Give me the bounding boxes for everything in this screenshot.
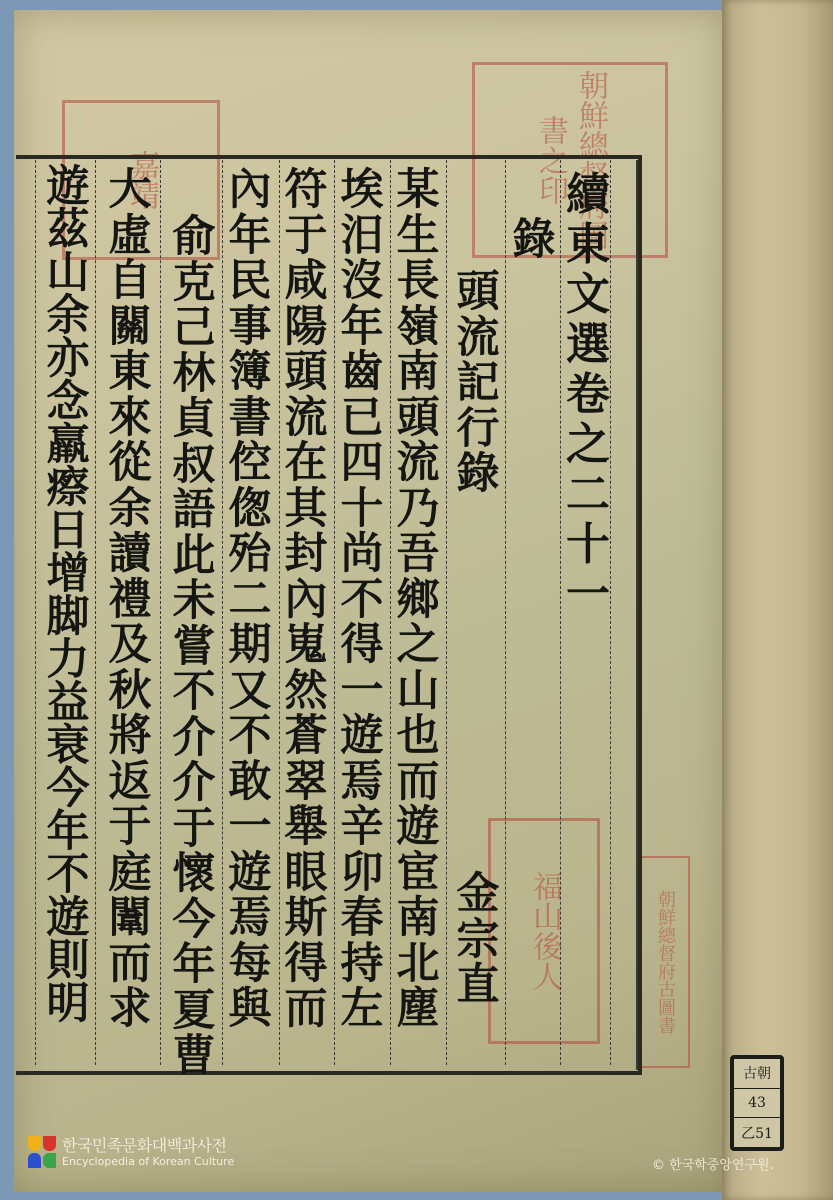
copyright-notice: © 한국학중앙연구원. (652, 1154, 774, 1173)
glyph: 于 (285, 214, 328, 260)
glyph: 得 (285, 942, 328, 988)
glyph: 益 (47, 682, 90, 725)
glyph: 與 (229, 987, 272, 1033)
glyph: 今 (173, 898, 216, 944)
glyph: 從 (109, 441, 152, 487)
text-column-2: 埃汨沒年齒已四十尚不得一遊焉辛卯春持左 (336, 168, 388, 1033)
glyph: 茲 (47, 209, 90, 252)
glyph: 而 (397, 760, 440, 806)
glyph: 流 (457, 316, 500, 362)
glyph: 行 (457, 407, 500, 453)
glyph: 左 (341, 987, 384, 1033)
stamp-line: 43 (734, 1089, 780, 1119)
text-column-6: 大虛自關東來從余讀禮及秋將返于庭闈而求 (104, 168, 156, 1033)
shelf-mark-stamp: 古朝 43 乙51 (730, 1055, 784, 1151)
glyph: 生 (397, 214, 440, 260)
glyph: 北 (397, 942, 440, 988)
glyph: 增 (47, 553, 90, 596)
glyph: 記 (457, 361, 500, 407)
glyph: 不 (173, 670, 216, 716)
glyph: 年 (173, 943, 216, 989)
glyph: 于 (173, 807, 216, 853)
glyph: 脚 (47, 596, 90, 639)
glyph: 選 (566, 320, 610, 370)
glyph: 錄 (457, 452, 500, 498)
glyph: 林 (173, 352, 216, 398)
glyph: 一 (566, 570, 610, 620)
glyph: 持 (341, 942, 384, 988)
glyph: 秋 (109, 669, 152, 715)
glyph: 未 (173, 579, 216, 625)
glyph: 叔 (173, 443, 216, 489)
glyph: 嶺 (397, 305, 440, 351)
stamp-line: 古朝 (734, 1059, 780, 1089)
glyph: 語 (173, 488, 216, 534)
glyph: 得 (341, 623, 384, 669)
column-rule (505, 160, 506, 1065)
glyph: 舉 (285, 805, 328, 851)
glyph: 齒 (341, 350, 384, 396)
glyph: 符 (285, 168, 328, 214)
glyph: 汨 (341, 214, 384, 260)
glyph: 金 (457, 872, 500, 918)
glyph: 大 (109, 168, 152, 214)
glyph: 流 (285, 396, 328, 442)
glyph: 關 (109, 305, 152, 351)
column-rule (222, 160, 223, 1065)
glyph: 今 (47, 768, 90, 811)
glyph: 力 (47, 639, 90, 682)
glyph: 頭 (285, 350, 328, 396)
glyph: 倥 (229, 441, 272, 487)
glyph: 偬 (229, 487, 272, 533)
glyph: 卷 (566, 370, 610, 420)
glyph: 貞 (173, 397, 216, 443)
glyph: 辛 (341, 805, 384, 851)
glyph: 俞 (173, 215, 216, 261)
glyph: 期 (229, 623, 272, 669)
column-rule (446, 160, 447, 1065)
encyclopedia-logo-icon (28, 1136, 56, 1168)
glyph: 夏 (173, 989, 216, 1035)
author-name: 金宗直 (452, 872, 504, 1009)
glyph: 己 (173, 306, 216, 352)
logo-english-text: Encyclopedia of Korean Culture (62, 1155, 234, 1168)
glyph: 埃 (341, 168, 384, 214)
glyph: 山 (47, 252, 90, 295)
glyph: 尚 (341, 532, 384, 578)
glyph: 卯 (341, 851, 384, 897)
glyph: 南 (397, 896, 440, 942)
glyph: 年 (341, 305, 384, 351)
glyph: 某 (397, 168, 440, 214)
volume-title: 續東文選卷之二十一 (562, 170, 614, 620)
column-rule (160, 160, 161, 1065)
text-column-1: 某生長嶺南頭流乃吾鄉之山也而遊宦南北塵 (392, 168, 444, 1033)
glyph: 春 (341, 896, 384, 942)
glyph: 于 (109, 805, 152, 851)
text-column-4: 內年民事簿書倥偬殆二期又不敢一遊焉每與 (224, 168, 276, 1033)
glyph: 庭 (109, 851, 152, 897)
glyph: 年 (229, 214, 272, 260)
glyph: 焉 (229, 896, 272, 942)
glyph: 內 (229, 168, 272, 214)
glyph: 二 (566, 470, 610, 520)
encyclopedia-logo[interactable]: 한국민족문화대백과사전 Encyclopedia of Korean Cultu… (28, 1136, 234, 1168)
glyph: 將 (109, 714, 152, 760)
glyph: 明 (47, 983, 90, 1026)
glyph: 曹 (173, 1034, 216, 1080)
glyph: 東 (566, 220, 610, 270)
glyph: 十 (341, 487, 384, 533)
glyph: 焉 (341, 760, 384, 806)
glyph: 蒼 (285, 714, 328, 760)
glyph: 已 (341, 396, 384, 442)
glyph: 遊 (397, 805, 440, 851)
glyph: 遊 (229, 851, 272, 897)
glyph: 又 (229, 669, 272, 715)
text-column-5: 俞克己林貞叔語此未嘗不介介于懷今年夏曹 (168, 215, 220, 1080)
glyph: 鄉 (397, 578, 440, 624)
glyph: 書 (229, 396, 272, 442)
glyph: 日 (47, 510, 90, 553)
glyph: 陽 (285, 305, 328, 351)
glyph: 然 (285, 669, 328, 715)
glyph: 則 (47, 940, 90, 983)
glyph: 年 (47, 811, 90, 854)
glyph: 封 (285, 532, 328, 578)
glyph: 介 (173, 761, 216, 807)
text-column-3: 符于咸陽頭流在其封內嵬然蒼翠舉眼斯得而 (280, 168, 332, 1033)
glyph: 內 (285, 578, 328, 624)
glyph: 來 (109, 396, 152, 442)
glyph: 頭 (457, 270, 500, 316)
glyph: 衰 (47, 725, 90, 768)
category-label: 錄 (508, 218, 560, 264)
column-rule (560, 160, 561, 1065)
glyph: 念 (47, 381, 90, 424)
glyph: 眼 (285, 851, 328, 897)
glyph: 克 (173, 261, 216, 307)
glyph: 求 (109, 987, 152, 1033)
glyph: 長 (397, 259, 440, 305)
glyph: 吾 (397, 532, 440, 578)
glyph: 之 (566, 420, 610, 470)
glyph: 余 (109, 487, 152, 533)
glyph: 山 (397, 669, 440, 715)
seal-margin: 朝鮮總督府古圖書 (640, 856, 690, 1068)
glyph: 宗 (457, 918, 500, 964)
glyph: 錄 (513, 218, 556, 264)
glyph: 自 (109, 259, 152, 305)
book-spine (722, 0, 833, 1200)
glyph: 不 (341, 578, 384, 624)
glyph: 介 (173, 716, 216, 762)
column-rule (35, 160, 36, 1065)
seal-text: 朝鮮總督府古圖書 (654, 890, 676, 1034)
glyph: 也 (397, 714, 440, 760)
glyph: 在 (285, 441, 328, 487)
glyph: 南 (397, 350, 440, 396)
glyph: 十 (566, 520, 610, 570)
glyph: 一 (229, 805, 272, 851)
work-title: 頭流記行錄 (452, 270, 504, 498)
glyph: 遊 (47, 166, 90, 209)
glyph: 敢 (229, 760, 272, 806)
glyph: 懷 (173, 852, 216, 898)
glyph: 流 (397, 441, 440, 487)
glyph: 余 (47, 295, 90, 338)
glyph: 殆 (229, 532, 272, 578)
glyph: 亦 (47, 338, 90, 381)
glyph: 禮 (109, 578, 152, 624)
glyph: 闈 (109, 896, 152, 942)
glyph: 不 (47, 854, 90, 897)
glyph: 嵬 (285, 623, 328, 669)
glyph: 羸 (47, 424, 90, 467)
glyph: 每 (229, 942, 272, 988)
glyph: 咸 (285, 259, 328, 305)
glyph: 遊 (47, 897, 90, 940)
glyph: 其 (285, 487, 328, 533)
glyph: 宦 (397, 851, 440, 897)
glyph: 乃 (397, 487, 440, 533)
glyph: 四 (341, 441, 384, 487)
column-rule (390, 160, 391, 1065)
glyph: 嘗 (173, 625, 216, 671)
glyph: 二 (229, 578, 272, 624)
glyph: 而 (285, 987, 328, 1033)
glyph: 文 (566, 270, 610, 320)
column-rule (334, 160, 335, 1065)
glyph: 斯 (285, 896, 328, 942)
glyph: 之 (397, 623, 440, 669)
glyph: 東 (109, 350, 152, 396)
glyph: 不 (229, 714, 272, 760)
stamp-line: 乙51 (734, 1118, 780, 1147)
text-column-7: 遊茲山余亦念羸瘵日增脚力益衰今年不遊則明 (42, 166, 94, 1026)
glyph: 虛 (109, 214, 152, 260)
glyph: 事 (229, 305, 272, 351)
glyph: 沒 (341, 259, 384, 305)
glyph: 及 (109, 623, 152, 669)
glyph: 塵 (397, 987, 440, 1033)
glyph: 續 (566, 170, 610, 220)
glyph: 瘵 (47, 467, 90, 510)
glyph: 頭 (397, 396, 440, 442)
glyph: 簿 (229, 350, 272, 396)
logo-korean-text: 한국민족문화대백과사전 (62, 1137, 234, 1155)
glyph: 返 (109, 760, 152, 806)
column-rule (95, 160, 96, 1065)
glyph: 翠 (285, 760, 328, 806)
glyph: 讀 (109, 532, 152, 578)
glyph: 而 (109, 942, 152, 988)
glyph: 此 (173, 534, 216, 580)
glyph: 直 (457, 963, 500, 1009)
glyph: 遊 (341, 714, 384, 760)
glyph: 民 (229, 259, 272, 305)
glyph: 一 (341, 669, 384, 715)
